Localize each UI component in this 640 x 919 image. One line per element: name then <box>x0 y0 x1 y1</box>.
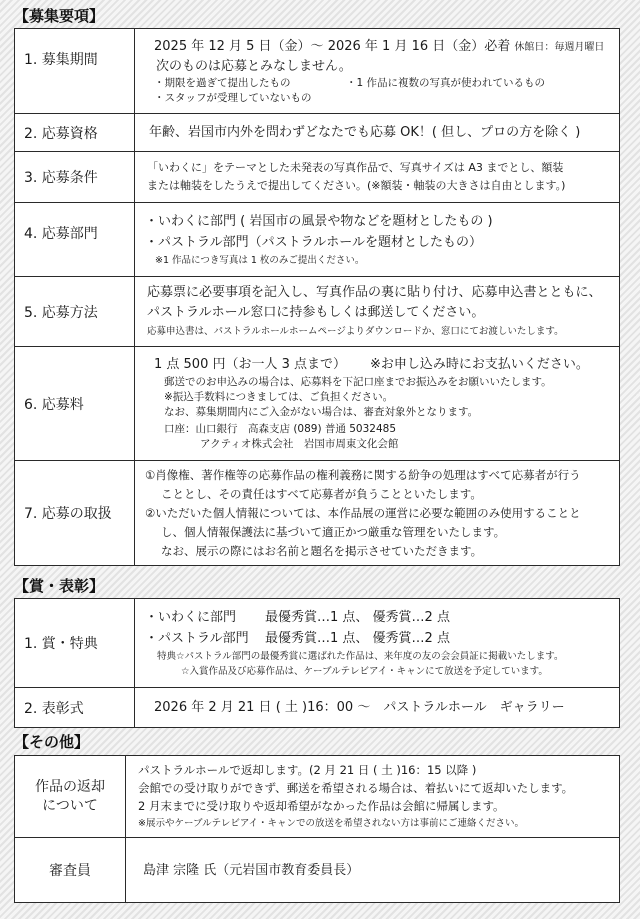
table-row-ceremony: 2. 表彰式 2026 年 2 月 21 日 ( 土 )16：00 ～ パストラ… <box>15 688 620 728</box>
handling-line: ②いただいた個人情報については、本作品展の運営に必要な範囲のみ使用することと <box>145 504 613 523</box>
exclusion-intro: 次のものは応募とみなしません。 <box>154 57 613 76</box>
fee-mail-line: なお、募集期間内にご入金がない場合は、審査対象外となります。 <box>154 405 613 420</box>
row-content: 1 点 500 円（お一人 3 点まで）※お申し込み時にお支払いください。 郵送… <box>135 347 620 461</box>
row-content: 2026 年 2 月 21 日 ( 土 )16：00 ～ パストラルホール ギャ… <box>135 688 620 728</box>
table-row-fee: 6. 応募料 1 点 500 円（お一人 3 点まで）※お申し込み時にお支払いく… <box>15 347 620 461</box>
exclusion-item: ・1 作品に複数の写真が使われているもの <box>346 76 545 91</box>
section-title-awards: 【賞・表彰】 <box>14 577 104 595</box>
row-label: 2. 応募資格 <box>15 114 135 152</box>
row-label: 6. 応募料 <box>15 347 135 461</box>
row-content: 応募票に必要事項を記入し、写真作品の裏に貼り付け、応募申込書とともに、 パストラ… <box>135 277 620 347</box>
fee-note: ※お申し込み時にお支払いください。 <box>370 357 589 372</box>
section-title-recruitment: 【募集要項】 <box>14 7 104 25</box>
category-note: ※1 作品につき写真は 1 枚のみご提出ください。 <box>145 253 613 268</box>
table-row-conditions: 3. 応募条件 「いわくに」をテーマとした未発表の写真作品で、写真サイズは A3… <box>15 152 620 203</box>
table-row-eligibility: 2. 応募資格 年齢、岩国市内外を問わずどなたでも応募 OK！( 但し、プロの方… <box>15 114 620 152</box>
row-label: 1. 賞・特典 <box>15 599 135 688</box>
table-row-awards: 1. 賞・特典 ・いわくに部門最優秀賞…1 点、 優秀賞…2 点 ・パストラル部… <box>15 599 620 688</box>
perk-note: ☆入賞作品及び応募作品は、ケーブルテレビアイ・キャンにて放送を予定しています。 <box>145 664 613 679</box>
award-detail: 最優秀賞…1 点、 優秀賞…2 点 <box>265 631 450 646</box>
method-note: 応募申込書は、パストラルホールホームページよりダウンロードか、窓口にてお渡しいた… <box>147 323 613 341</box>
bank-account: 口座：山口銀行 高森支店 (089) 普通 5032485 <box>154 420 613 437</box>
exclusion-item: ・スタッフが受理していないもの <box>154 91 613 106</box>
table-row-judge: 審査員 島津 宗隆 氏（元岩国市教育委員長） <box>15 838 620 903</box>
category-item: ・いわくに部門 ( 岩国市の風景や物などを題材としたもの ) <box>145 211 613 232</box>
return-line: 会館での受け取りができず、郵送を希望される場合は、着払いにて返却いたします。 <box>138 779 613 797</box>
row-content: 島津 宗隆 氏（元岩国市教育委員長） <box>126 838 620 903</box>
row-label: 3. 応募条件 <box>15 152 135 203</box>
row-label-line: 作品の返却 <box>15 778 125 797</box>
eligibility-text: 年齢、岩国市内外を問わずどなたでも応募 OK！( 但し、プロの方を除く ) <box>149 123 613 142</box>
bank-account-holder: アクティオ株式会社 岩国市周東文化会館 <box>154 437 613 452</box>
row-content: パストラルホールで返却します。(2 月 21 日 ( 土 )16：15 以降 )… <box>126 756 620 838</box>
row-content: 年齢、岩国市内外を問わずどなたでも応募 OK！( 但し、プロの方を除く ) <box>135 114 620 152</box>
row-label: 審査員 <box>15 838 126 903</box>
row-label: 4. 応募部門 <box>15 203 135 277</box>
row-content: ①肖像権、著作権等の応募作品の権利義務に関する紛争の処理はすべて応募者が行う こ… <box>135 461 620 566</box>
table-row-handling: 7. 応募の取扱 ①肖像権、著作権等の応募作品の権利義務に関する紛争の処理はすべ… <box>15 461 620 566</box>
fee-text: 1 点 500 円（お一人 3 点まで） <box>154 357 346 372</box>
conditions-line: 「いわくに」をテーマとした未発表の写真作品で、写真サイズは A3 までとし、額装 <box>147 159 613 177</box>
table-row-categories: 4. 応募部門 ・いわくに部門 ( 岩国市の風景や物などを題材としたもの ) ・… <box>15 203 620 277</box>
return-line: 2 月末までに受け取りや返却希望がなかった作品は会館に帰属します。 <box>138 797 613 815</box>
award-detail: 最優秀賞…1 点、 優秀賞…2 点 <box>265 610 450 625</box>
row-content: 「いわくに」をテーマとした未発表の写真作品で、写真サイズは A3 までとし、額装… <box>135 152 620 203</box>
ceremony-text: 2026 年 2 月 21 日 ( 土 )16：00 ～ パストラルホール ギャ… <box>154 698 613 717</box>
row-content: 2025 年 12 月 5 日（金）～ 2026 年 1 月 16 日（金）必着… <box>135 29 620 114</box>
row-label-line: について <box>15 797 125 816</box>
row-content: ・いわくに部門最優秀賞…1 点、 優秀賞…2 点 ・パストラル部門最優秀賞…1 … <box>135 599 620 688</box>
judge-text: 島津 宗隆 氏（元岩国市教育委員長） <box>143 861 613 880</box>
award-dept: ・いわくに部門 <box>145 607 265 628</box>
table-row-method: 5. 応募方法 応募票に必要事項を記入し、写真作品の裏に貼り付け、応募申込書とと… <box>15 277 620 347</box>
awards-table: 1. 賞・特典 ・いわくに部門最優秀賞…1 点、 優秀賞…2 点 ・パストラル部… <box>14 598 620 728</box>
other-table: 作品の返却 について パストラルホールで返却します。(2 月 21 日 ( 土 … <box>14 755 620 903</box>
section-title-other: 【その他】 <box>14 733 89 751</box>
return-line: パストラルホールで返却します。(2 月 21 日 ( 土 )16：15 以降 ) <box>138 761 613 779</box>
handling-line: ①肖像権、著作権等の応募作品の権利義務に関する紛争の処理はすべて応募者が行う <box>145 466 613 485</box>
category-item: ・パストラル部門（パストラルホールを題材としたもの） <box>145 232 613 253</box>
period-text: 2025 年 12 月 5 日（金）～ 2026 年 1 月 16 日（金）必着 <box>154 39 510 54</box>
handling-line: こととし、その責任はすべて応募者が負うことといたします。 <box>145 485 613 504</box>
fee-mail-line: 郵送でのお申込みの場合は、応募料を下記口座までお振込みをお願いいたします。 <box>154 375 613 390</box>
handling-line: し、個人情報保護法に基づいて適正かつ厳重な管理をいたします。 <box>145 523 613 542</box>
row-label: 5. 応募方法 <box>15 277 135 347</box>
method-line: パストラルホール窓口に持参もしくは郵送してください。 <box>147 303 613 323</box>
exclusion-item: ・期限を過ぎて提出したもの <box>154 76 346 91</box>
closed-day-text: 休館日：毎週月曜日 <box>514 42 604 53</box>
row-label: 作品の返却 について <box>15 756 126 838</box>
row-content: ・いわくに部門 ( 岩国市の風景や物などを題材としたもの ) ・パストラル部門（… <box>135 203 620 277</box>
award-dept: ・パストラル部門 <box>145 628 265 649</box>
fee-mail-line: ※振込手数料につきましては、ご負担ください。 <box>154 390 613 405</box>
conditions-line: または軸装をしたうえで提出してください。(※額装・軸装の大きさは自由とします。) <box>147 177 613 195</box>
row-label: 7. 応募の取扱 <box>15 461 135 566</box>
return-note: ※展示やケーブルテレビアイ・キャンでの放送を希望されない方は事前にご連絡ください… <box>138 815 613 832</box>
table-row-return: 作品の返却 について パストラルホールで返却します。(2 月 21 日 ( 土 … <box>15 756 620 838</box>
recruitment-table: 1. 募集期間 2025 年 12 月 5 日（金）～ 2026 年 1 月 1… <box>14 28 620 566</box>
method-line: 応募票に必要事項を記入し、写真作品の裏に貼り付け、応募申込書とともに、 <box>147 283 613 303</box>
row-label: 1. 募集期間 <box>15 29 135 114</box>
row-label: 2. 表彰式 <box>15 688 135 728</box>
handling-line: なお、展示の際にはお名前と題名を掲示させていただきます。 <box>145 542 613 561</box>
perk-note: 特典☆パストラル部門の最優秀賞に選ばれた作品は、来年度の友の会会員証に掲載いたし… <box>145 649 613 664</box>
table-row-period: 1. 募集期間 2025 年 12 月 5 日（金）～ 2026 年 1 月 1… <box>15 29 620 114</box>
